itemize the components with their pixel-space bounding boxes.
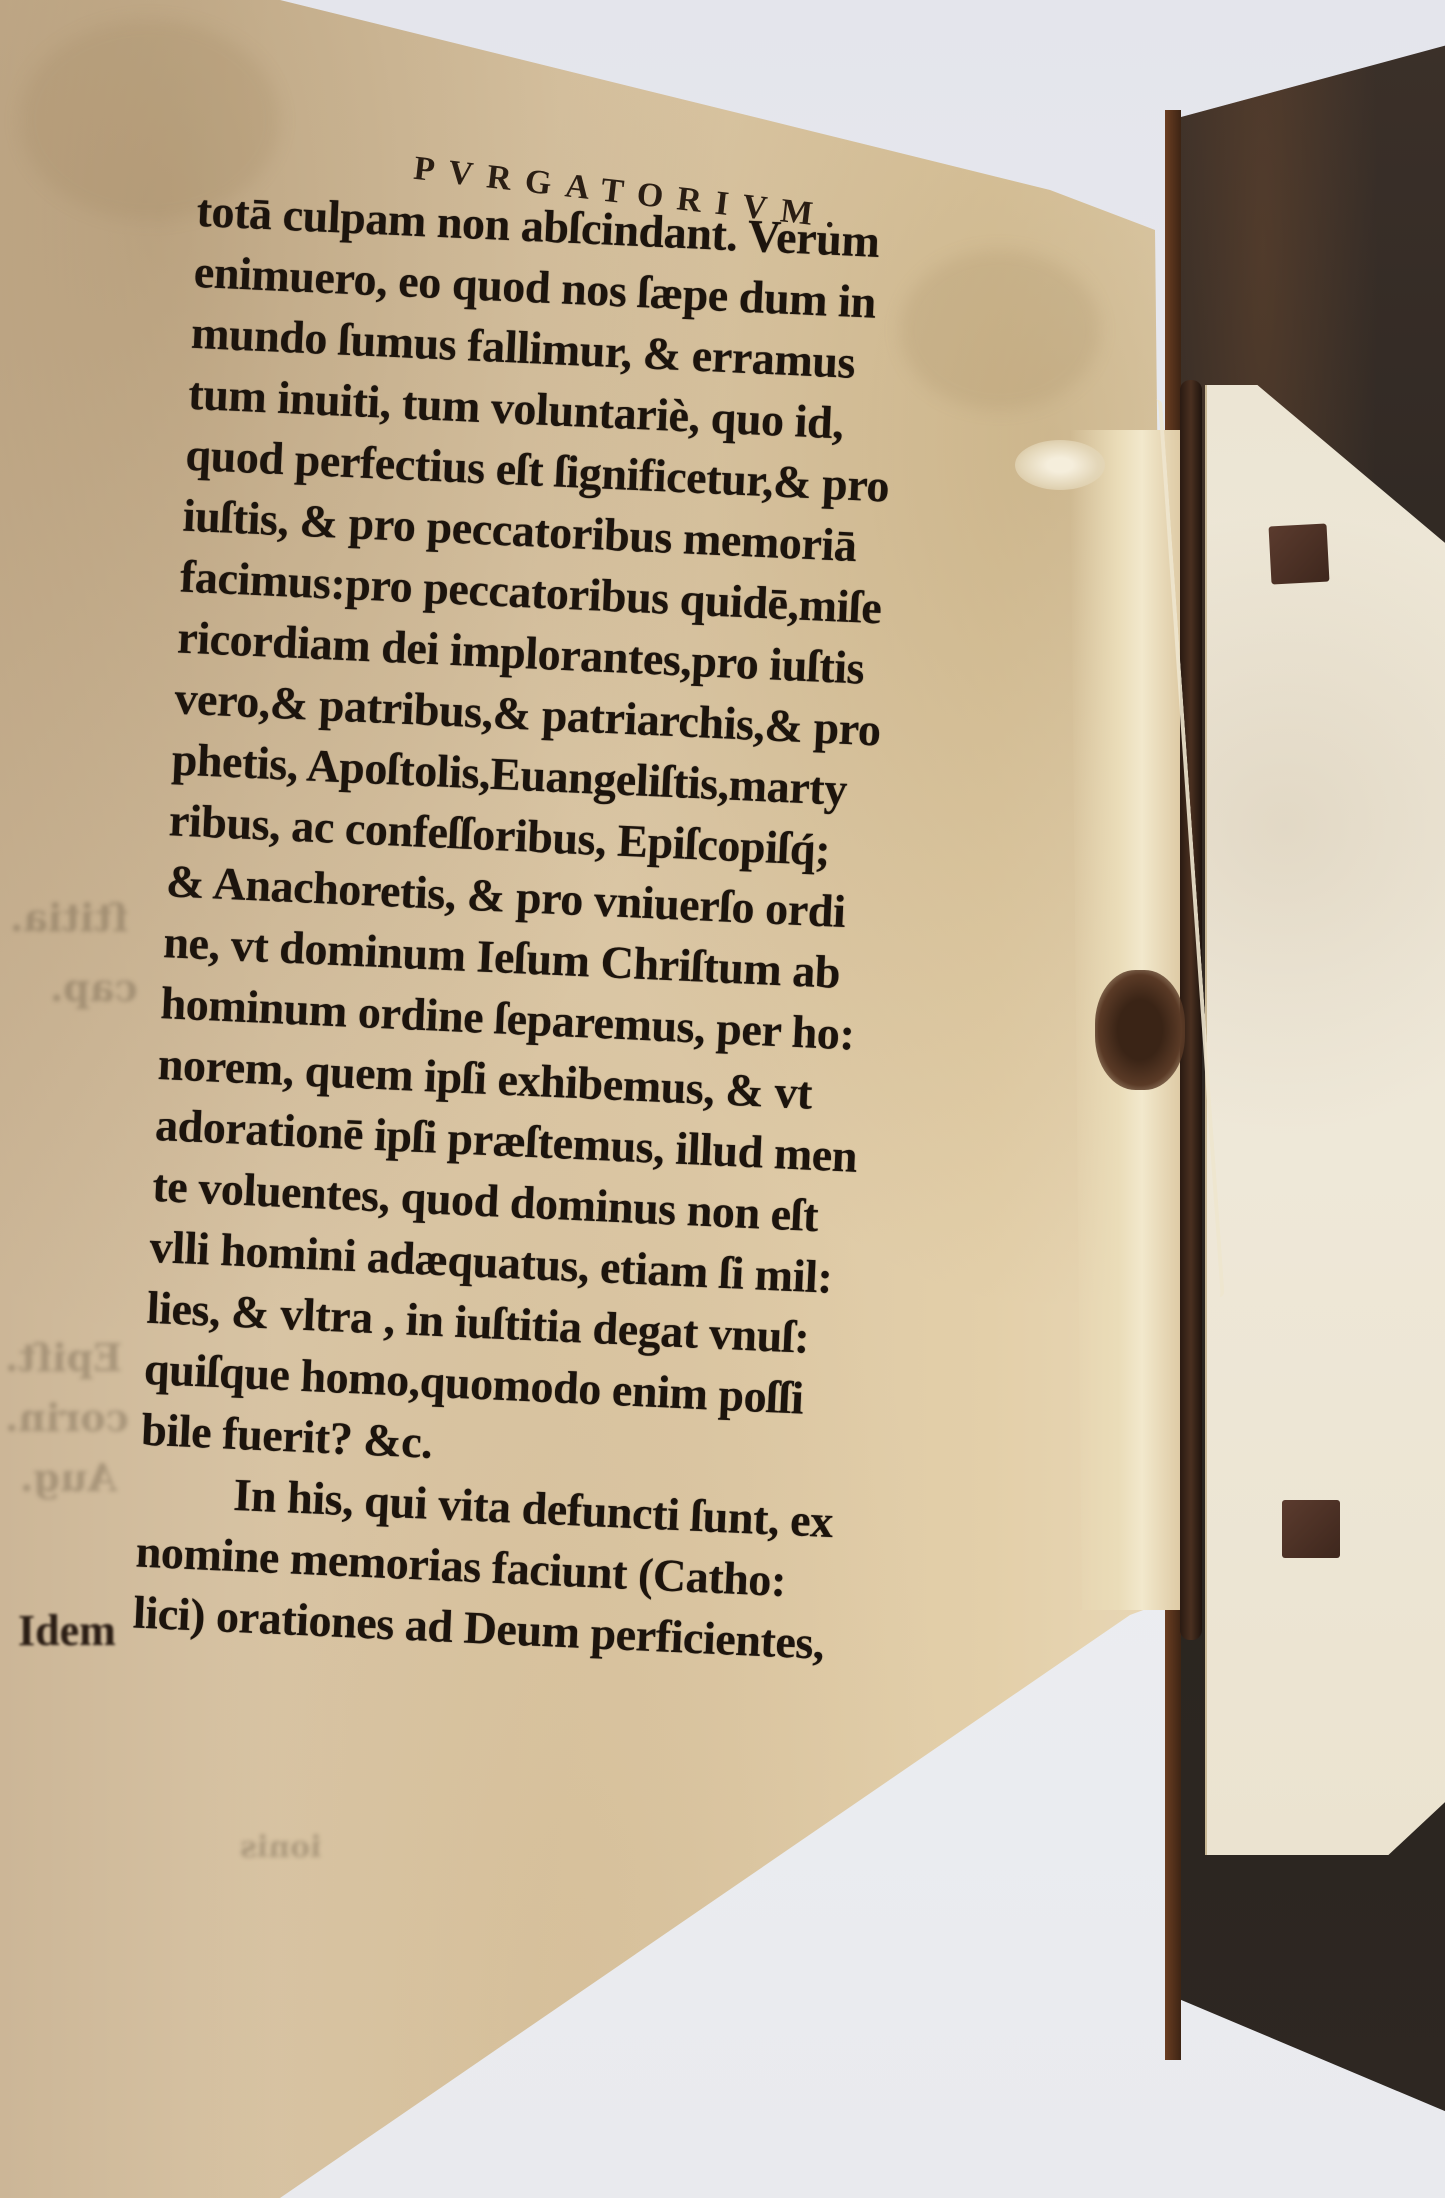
show-through-text: Aug.	[20, 1455, 117, 1500]
margin-note: Idem	[18, 1605, 116, 1656]
show-through-text: corin.	[5, 1395, 129, 1440]
binding-tab-top	[1269, 524, 1330, 585]
pastedown-endpaper	[1205, 385, 1445, 1855]
sewing-support	[1095, 970, 1185, 1090]
book-photo: ſtitia. cap. Epiſt. corin. Aug. ionis PV…	[0, 0, 1445, 2198]
show-through-text: ſtitia.	[10, 895, 128, 940]
binding-tab-bottom	[1282, 1500, 1340, 1558]
show-through-text: ionis	[240, 1830, 322, 1865]
show-through-text: cap.	[50, 965, 138, 1010]
text-block: PVRGATORIVM. totā culpam non abſcindant.…	[132, 140, 1079, 1682]
show-through-text: Epiſt.	[5, 1335, 122, 1380]
